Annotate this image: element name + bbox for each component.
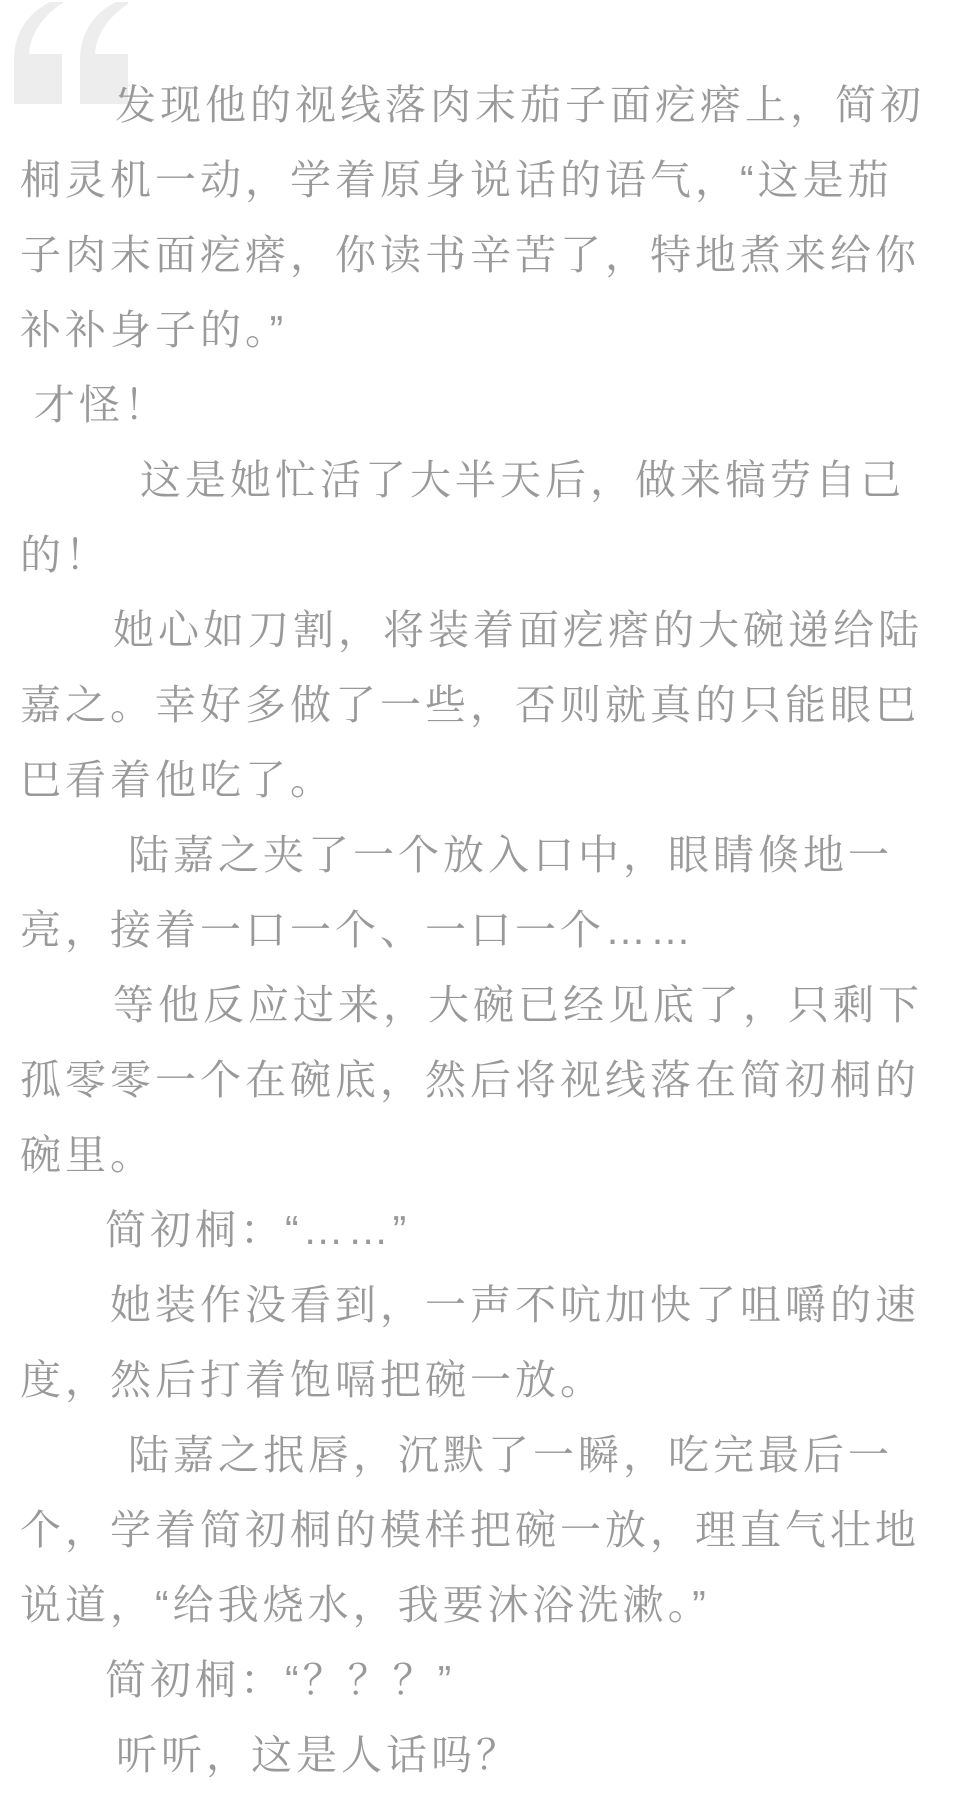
text-line: 嘉之。幸好多做了一些，否则就真的只能眼巴 [20,668,948,743]
text-line: 桐灵机一动，学着原身说话的语气，“这是茄 [20,143,948,218]
text-line: 亮，接着一口一个、一口一个…… [20,893,948,968]
paragraph: 听听，这是人话吗？ [20,1718,948,1793]
text-line: 发现他的视线落肉末茄子面疙瘩上，简初 [20,68,948,143]
text-line: 孤零零一个在碗底，然后将视线落在简初桐的 [20,1043,948,1118]
text-line: 她心如刀割，将装着面疙瘩的大碗递给陆 [20,593,948,668]
text-line: 听听，这是人话吗？ [20,1718,948,1793]
text-line: 的！ [20,518,948,593]
paragraph: 她装作没看到，一声不吭加快了咀嚼的速度，然后打着饱嗝把碗一放。 [20,1268,948,1418]
text-line: 简初桐：“……” [20,1193,948,1268]
text-line: 碗里。 [20,1118,948,1193]
paragraph: 才怪！ [20,368,948,443]
text-line: 巴看着他吃了。 [20,743,948,818]
paragraph: 这是她忙活了大半天后，做来犒劳自己的！ [20,443,948,593]
text-line: 说道，“给我烧水，我要沐浴洗漱。” [20,1568,948,1643]
reader-page: 发现他的视线落肉末茄子面疙瘩上，简初桐灵机一动，学着原身说话的语气，“这是茄子肉… [0,0,968,1811]
text-line: 个，学着简初桐的模样把碗一放，理直气壮地 [20,1493,948,1568]
text-line: 这是她忙活了大半天后，做来犒劳自己 [20,443,948,518]
paragraph: 发现他的视线落肉末茄子面疙瘩上，简初桐灵机一动，学着原身说话的语气，“这是茄子肉… [20,68,948,368]
text-line: 子肉末面疙瘩，你读书辛苦了，特地煮来给你 [20,218,948,293]
text-line: 度，然后打着饱嗝把碗一放。 [20,1343,948,1418]
text-content: 发现他的视线落肉末茄子面疙瘩上，简初桐灵机一动，学着原身说话的语气，“这是茄子肉… [0,0,968,1793]
text-line: 等他反应过来，大碗已经见底了，只剩下 [20,968,948,1043]
text-line: 补补身子的。” [20,293,948,368]
text-line: 陆嘉之抿唇，沉默了一瞬，吃完最后一 [20,1418,948,1493]
paragraph: 简初桐：“……” [20,1193,948,1268]
paragraph: 陆嘉之夹了一个放入口中，眼睛倏地一亮，接着一口一个、一口一个…… [20,818,948,968]
text-line: 简初桐：“？？？” [20,1643,948,1718]
paragraph: 简初桐：“？？？” [20,1643,948,1718]
paragraph: 她心如刀割，将装着面疙瘩的大碗递给陆嘉之。幸好多做了一些，否则就真的只能眼巴巴看… [20,593,948,818]
text-line: 陆嘉之夹了一个放入口中，眼睛倏地一 [20,818,948,893]
paragraph: 陆嘉之抿唇，沉默了一瞬，吃完最后一个，学着简初桐的模样把碗一放，理直气壮地说道，… [20,1418,948,1643]
text-line: 她装作没看到，一声不吭加快了咀嚼的速 [20,1268,948,1343]
text-line: 才怪！ [20,368,948,443]
paragraph: 等他反应过来，大碗已经见底了，只剩下孤零零一个在碗底，然后将视线落在简初桐的碗里… [20,968,948,1193]
